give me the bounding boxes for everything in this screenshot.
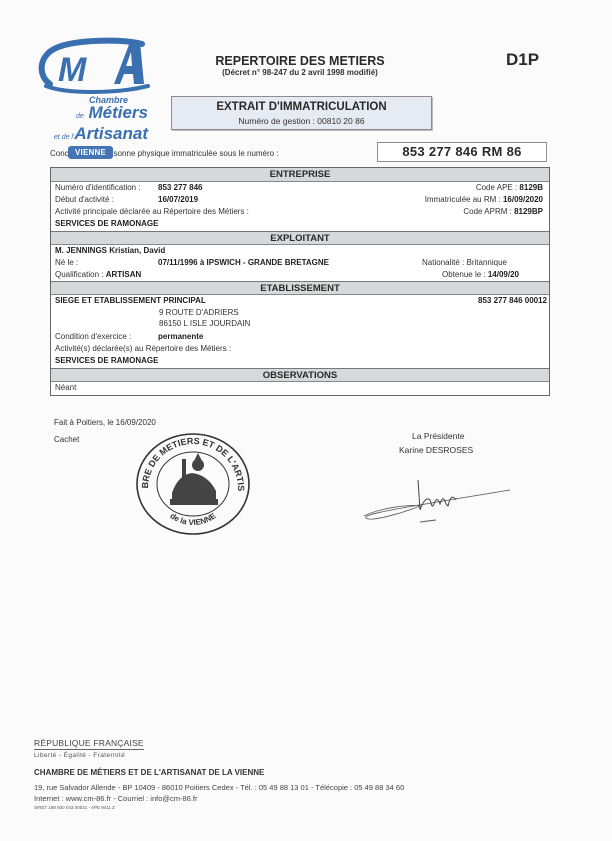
id-value: 853 277 846 [158,182,203,194]
republic-motto: Liberté - Égalité - Fraternité [34,752,125,759]
id-label: Numéro d'identification : [55,182,141,194]
organization-address: 19, rue Salvador Allende - BP 10409 - 86… [34,783,404,792]
section-heading-observations: OBSERVATIONS [51,368,549,382]
start-label: Début d'activité : [55,194,114,206]
ape-value: 8129B [519,183,543,192]
aprm-value: 8129BP [514,207,543,216]
row-activity-value: SERVICES DE RAMONAGE [51,218,549,231]
born-label: Né le : [55,257,78,269]
signer-title: La Présidente [412,431,464,441]
owner-name: M. JENNINGS Kristian, David [55,245,165,257]
signature-icon [360,470,520,530]
nationality-label: Nationalité : [422,258,464,267]
ape-code: Code APE : 8129B [476,182,543,194]
official-stamp-icon: CHAMBRE DE METIERS ET DE L'ARTISANAT de … [132,431,254,537]
row-activities-value: SERVICES DE RAMONAGE [51,355,549,368]
observations-value: Néant [55,382,76,394]
activities-label: Activité(s) déclarée(s) au Répertoire de… [55,343,231,355]
signer-name: Karine DESROSES [399,445,473,455]
ape-label: Code APE : [476,183,517,192]
row-qualification: Qualification : ARTISAN Obtenue le : 14/… [51,269,549,281]
extract-title-box: EXTRAIT D'IMMATRICULATION Numéro de gest… [171,96,432,130]
row-activities: Activité(s) déclarée(s) au Répertoire de… [51,343,549,355]
stamp-label: Cachet [54,435,79,444]
rm-date: Immatriculée au RM : 16/09/2020 [425,194,543,206]
extract-title: EXTRAIT D'IMMATRICULATION [172,101,431,113]
start-value: 16/07/2019 [158,194,198,206]
organization-siret: SIRET 188 600 043 00031 - APE 9411 Z [34,805,115,810]
logo-prefix-et-de: et de l' [54,134,74,141]
row-address-2: 86150 L ISLE JOURDAIN [51,318,549,331]
qualification: Qualification : ARTISAN [55,269,141,281]
qualification-value: ARTISAN [106,270,142,279]
registration-number: 853 277 846 RM 86 [377,142,547,162]
activity-label: Activité principale déclarée au Répertoi… [55,206,249,218]
condition-label: Condition d'exercice : [55,331,131,343]
rm-label: Immatriculée au RM : [425,195,501,204]
logo-metiers: Métiers [88,103,148,122]
condition-value: permanente [158,331,203,343]
row-establishment-type: SIEGE ET ETABLISSEMENT PRINCIPAL 853 277… [51,295,549,307]
nationality: Nationalité : Britannique [422,257,507,269]
section-heading-exploitant: EXPLOITANT [51,231,549,245]
row-birth: Né le : 07/11/1996 à IPSWICH - GRANDE BR… [51,257,549,269]
establishment-type: SIEGE ET ETABLISSEMENT PRINCIPAL [55,295,206,307]
registration-details-table: ENTREPRISE Numéro d'identification : 853… [50,167,550,396]
establishment-siret: 853 277 846 00012 [478,295,547,307]
management-number: Numéro de gestion : 00810 20 86 [172,116,431,126]
obtained-label: Obtenue le : [442,270,486,279]
logo-line-artisanat: et de l'Artisanat [38,125,148,147]
obtained-value: 14/09/20 [488,270,519,279]
organization-name: CHAMBRE DE MÉTIERS ET DE L'ARTISANAT DE … [34,768,264,777]
svg-text:de la VIENNE: de la VIENNE [168,511,218,527]
obtained: Obtenue le : 14/09/20 [442,269,519,281]
row-start-date: Début d'activité : 16/07/2019 Immatricul… [51,194,549,206]
row-name: M. JENNINGS Kristian, David [51,245,549,257]
activity-value: SERVICES DE RAMONAGE [55,218,158,230]
aprm-label: Code APRM : [463,207,511,216]
row-identification: Numéro d'identification : 853 277 846 Co… [51,182,549,194]
row-condition: Condition d'exercice : permanente [51,331,549,343]
logo-line-metiers: de Métiers [38,105,148,125]
form-code: D1P [506,50,539,70]
address-line-2: 86150 L ISLE JOURDAIN [159,318,250,330]
organization-contact: Internet : www.cm-86.fr - Courriel : inf… [34,794,198,803]
decree-reference: (Décret n° 98-247 du 2 avril 1998 modifi… [200,68,400,77]
republic-label: RÉPUBLIQUE FRANÇAISE [34,738,144,750]
row-activity: Activité principale déclarée au Répertoi… [51,206,549,218]
svg-text:M: M [58,51,87,89]
row-address-1: 9 ROUTE D'ADRIERS [51,307,549,318]
document-title: REPERTOIRE DES METIERS [200,54,400,68]
cma-logo-text: Chambre de Métiers et de l'Artisanat [38,95,148,147]
row-observations: Néant [51,382,549,395]
born-value: 07/11/1996 à IPSWICH - GRANDE BRETAGNE [158,257,329,269]
section-heading-etablissement: ETABLISSEMENT [51,281,549,295]
logo-prefix-de: de [76,113,84,120]
qualification-label: Qualification : [55,270,103,279]
place-date: Fait à Poitiers, le 16/09/2020 [54,418,156,427]
logo-artisanat: Artisanat [74,124,148,143]
cma-logo-icon: M [36,36,156,96]
rm-value: 16/09/2020 [503,195,543,204]
section-heading-entreprise: ENTREPRISE [51,168,549,182]
vienne-badge: VIENNE [68,146,113,159]
activities-value: SERVICES DE RAMONAGE [55,355,158,367]
aprm-code: Code APRM : 8129BP [463,206,543,218]
nationality-value: Britannique [467,258,507,267]
